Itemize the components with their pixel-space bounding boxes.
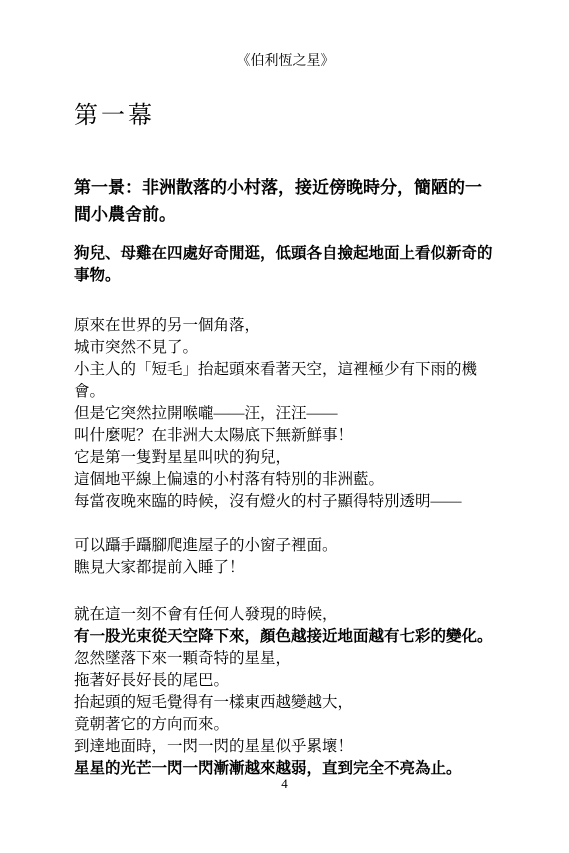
narration-line: 它是第一隻對星星叫吠的狗兒， xyxy=(74,447,497,469)
narration-line: 但是它突然拉開喉嚨——汪，汪汪—— xyxy=(74,403,497,425)
scene-heading: 第一景：非洲散落的小村落，接近傍晚時分，簡陋的一間小農舍前。 xyxy=(74,174,497,228)
script-page: 《伯利恆之星》 第一幕 第一景：非洲散落的小村落，接近傍晚時分，簡陋的一間小農舍… xyxy=(0,0,569,853)
narration-line: 忽然墜落下來一顆奇特的星星， xyxy=(74,648,497,670)
narration-section-2: 可以躡手躡腳爬進屋子的小窗子裡面。 瞧見大家都提前入睡了！ xyxy=(74,535,497,579)
narration-line: 到達地面時，一閃一閃的星星似乎累壞！ xyxy=(74,736,497,758)
narration-section-3: 就在這一刻不會有任何人發現的時候， 有一股光束從天空降下來，顏色越接近地面越有七… xyxy=(74,604,497,780)
act-heading: 第一幕 xyxy=(74,102,497,130)
narration-section-1: 原來在世界的另一個角落， 城市突然不見了。 小主人的「短毛」抬起頭來看著天空，這… xyxy=(74,315,497,513)
narration-line: 小主人的「短毛」抬起頭來看著天空，這裡極少有下雨的機會。 xyxy=(74,359,497,403)
narration-line: 每當夜晚來臨的時候，沒有燈火的村子顯得特別透明—— xyxy=(74,491,497,513)
document-title: 《伯利恆之星》 xyxy=(74,54,497,70)
narration-line: 竟朝著它的方向而來。 xyxy=(74,714,497,736)
page-number: 4 xyxy=(0,776,569,791)
stage-direction: 狗兒、母雞在四處好奇閒逛，低頭各自撿起地面上看似新奇的事物。 xyxy=(74,243,497,287)
narration-line: 叫什麼呢？在非洲大太陽底下無新鮮事！ xyxy=(74,425,497,447)
narration-line: 可以躡手躡腳爬進屋子的小窗子裡面。 xyxy=(74,535,497,557)
narration-line: 抬起頭的短毛覺得有一樣東西越變越大， xyxy=(74,692,497,714)
narration-line-emphasis: 有一股光束從天空降下來，顏色越接近地面越有七彩的變化。 xyxy=(74,626,497,648)
narration-line: 原來在世界的另一個角落， xyxy=(74,315,497,337)
narration-line: 城市突然不見了。 xyxy=(74,337,497,359)
narration-line: 拖著好長好長的尾巴。 xyxy=(74,670,497,692)
narration-line: 瞧見大家都提前入睡了！ xyxy=(74,557,497,579)
narration-line: 就在這一刻不會有任何人發現的時候， xyxy=(74,604,497,626)
narration-line: 這個地平線上偏遠的小村落有特別的非洲藍。 xyxy=(74,469,497,491)
